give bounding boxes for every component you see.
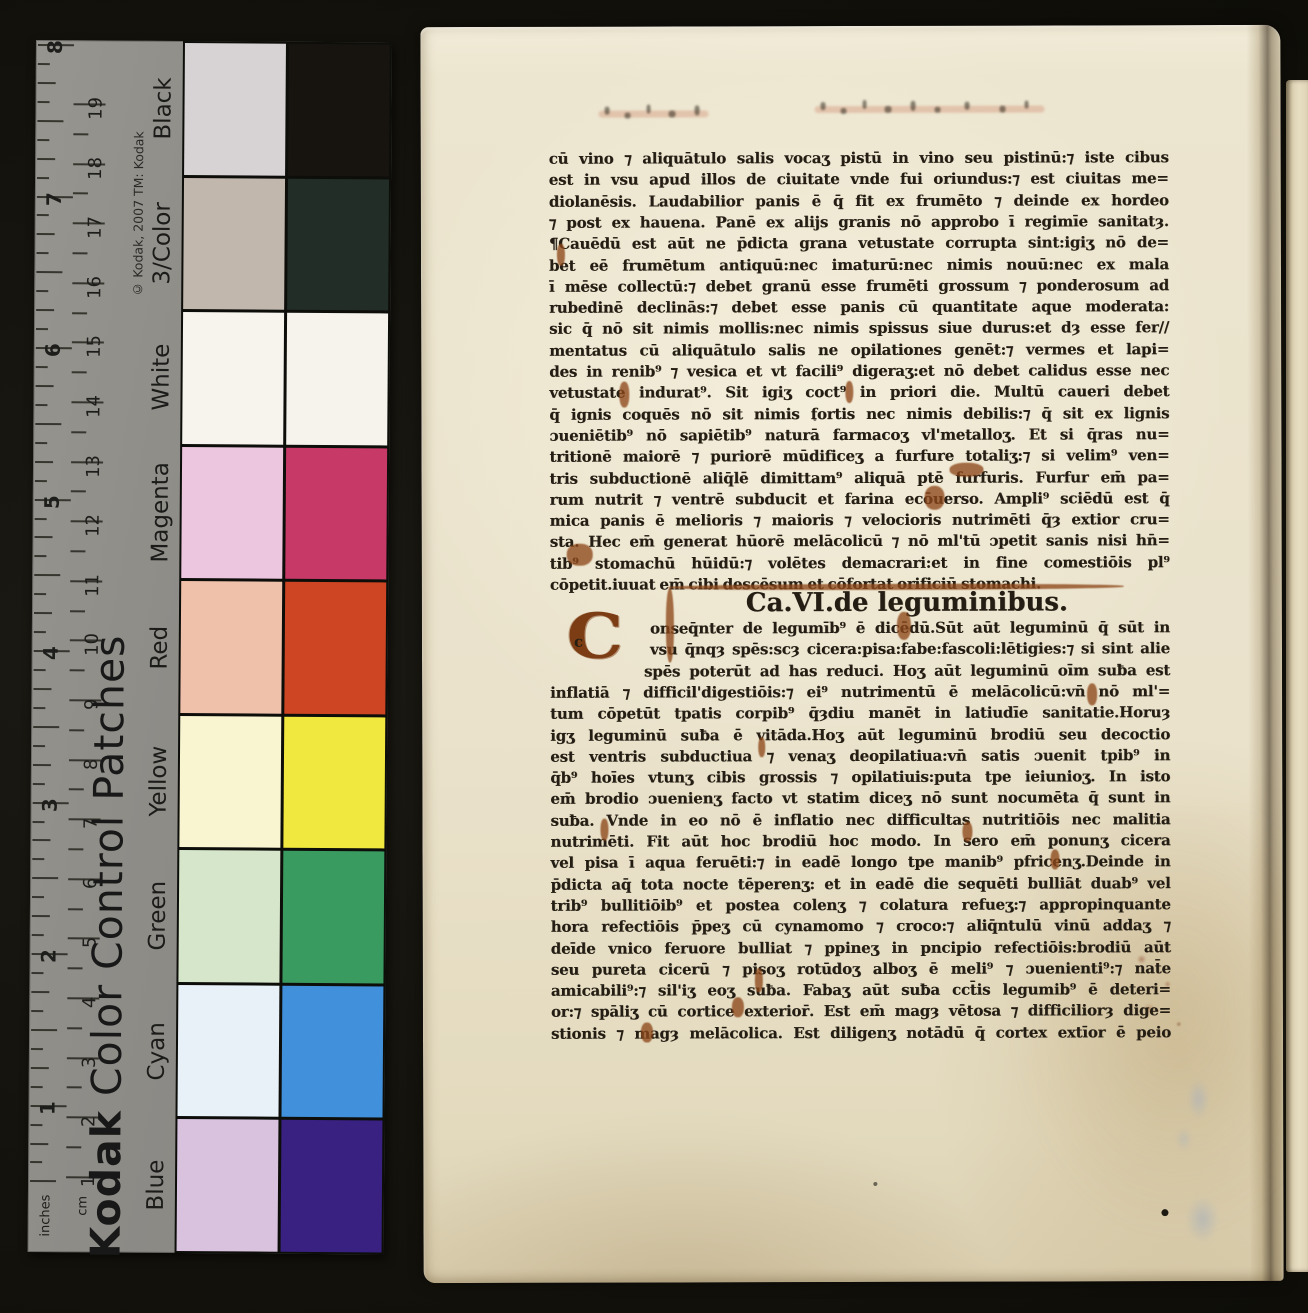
text-line: rum nutrit ⁊ ventrē subducit et farina e… bbox=[550, 488, 1170, 511]
ruler-tick bbox=[36, 290, 48, 292]
text-line: trib⁹ bullitiōib⁹ et postea colenʒ ⁊ col… bbox=[551, 894, 1171, 917]
ruler-tick bbox=[73, 193, 88, 195]
ruler-tick bbox=[38, 63, 50, 65]
text-line: ¶Cauēdū est aūt ne p̄dicta grana vetusta… bbox=[549, 232, 1169, 255]
inch-number: 8 bbox=[46, 34, 64, 60]
patch-swatch-light-red bbox=[180, 581, 282, 713]
ruler-tick bbox=[35, 536, 53, 538]
ruler-tick bbox=[70, 610, 85, 612]
ruler-tick bbox=[38, 101, 50, 103]
ruler-tick bbox=[36, 309, 54, 311]
ruler-tick bbox=[33, 764, 51, 766]
text-line: ī mēse collectū:⁊ debet granū esse frumē… bbox=[549, 275, 1169, 298]
patch-swatch-dark-white bbox=[286, 313, 388, 445]
patch-label-yellow: Yellow bbox=[140, 714, 177, 849]
patch-swatch-light-magenta bbox=[181, 447, 283, 579]
patch-label-cyan: Cyan bbox=[138, 983, 175, 1118]
photo-background: 8765432119181716151413121110987654321inc… bbox=[0, 0, 1308, 1313]
ruler-tick bbox=[31, 1086, 43, 1088]
text-line: vetustate indurat⁹. Sit igiʒ coct⁹ in pr… bbox=[549, 381, 1169, 404]
ruler-tick bbox=[36, 385, 54, 387]
text-line: sic q̄ nō sit nimis mollis:nec nimis spi… bbox=[549, 318, 1169, 341]
ruler-tick bbox=[35, 461, 53, 463]
inch-number: 7 bbox=[45, 186, 63, 212]
ruler-tick bbox=[37, 233, 55, 235]
ruler-tick bbox=[70, 550, 85, 552]
patch-label-red: Red bbox=[141, 579, 178, 714]
patch-swatch-light-yellow bbox=[179, 716, 281, 848]
inch-number: 1 bbox=[38, 1095, 56, 1121]
ruler-tick bbox=[32, 858, 44, 860]
text-line: tib⁹ stomachū hūidū:⁊ volētes demacrari:… bbox=[550, 552, 1170, 575]
patch-swatch-dark-magenta bbox=[285, 447, 387, 579]
initial-guide-letter: c bbox=[574, 633, 583, 651]
cm-number: 15 bbox=[86, 334, 104, 360]
ruler-tick bbox=[32, 896, 44, 898]
ruler-tick bbox=[34, 631, 46, 633]
patch-swatch-dark-black bbox=[288, 44, 390, 176]
ruler-tick bbox=[31, 972, 43, 974]
text-line: vel pisa ī aqua feruēti:⁊ in eadē longo … bbox=[551, 851, 1171, 874]
ruler-tick bbox=[33, 783, 45, 785]
ruler-tick bbox=[36, 271, 62, 273]
patch-swatch-dark-3-color bbox=[287, 178, 389, 310]
ruler-tick bbox=[31, 1048, 43, 1050]
ruler-tick bbox=[73, 133, 88, 135]
inch-number: 3 bbox=[41, 792, 59, 818]
text-line: amicabili⁹:⁊ sil'iʒ eoʒ suƀa. Fabaʒ aūt … bbox=[551, 979, 1171, 1002]
ruler-tick bbox=[37, 252, 49, 254]
ruler-tick bbox=[31, 1010, 43, 1012]
patch-label-blue: Blue bbox=[138, 1118, 175, 1253]
ruler-tick bbox=[35, 480, 47, 482]
ruler-tick bbox=[34, 574, 60, 576]
text-line: ⁊ post ex hauena. Panē ex alijs granis n… bbox=[549, 211, 1169, 234]
text-line: hora refectiōis p̄peʒ cū cynamomo ⁊ croc… bbox=[551, 915, 1171, 938]
ruler-tick bbox=[35, 404, 47, 406]
rubric-mark bbox=[732, 997, 744, 1017]
cm-number: 14 bbox=[85, 393, 103, 419]
text-line: est ventris subductiua ⁊ venaʒ deopilati… bbox=[550, 745, 1170, 768]
patch-grid bbox=[175, 41, 392, 1254]
ruler-tick bbox=[32, 839, 50, 841]
ruler-tick bbox=[36, 328, 48, 330]
cm-number: 11 bbox=[84, 572, 102, 598]
patch-swatch-dark-green bbox=[282, 851, 384, 983]
text-line: inflatiā ⁊ difficil'digestiōis:⁊ ei⁹ nut… bbox=[550, 681, 1170, 704]
text-line: igʒ leguminū suƀa ē vitāda.Hoʒ aūt legum… bbox=[550, 724, 1170, 747]
patch-swatch-light-blue bbox=[177, 1119, 279, 1251]
text-line: q̄b⁹ hoīes vtunʒ cibis grossis ⁊ opilati… bbox=[550, 766, 1170, 789]
ruler-tick bbox=[31, 1067, 49, 1069]
cm-number: 12 bbox=[85, 513, 103, 539]
ruler-tick bbox=[37, 177, 49, 179]
rubric-mark bbox=[949, 463, 983, 477]
text-line: nutrimēti. Fit aūt hoc brodiū hoc modo. … bbox=[550, 830, 1170, 853]
ruler-tick bbox=[35, 518, 47, 520]
patch-label-green: Green bbox=[139, 849, 176, 984]
cm-number: 16 bbox=[86, 274, 104, 300]
cm-number: 18 bbox=[87, 155, 105, 181]
ruler-tick bbox=[33, 726, 59, 728]
rubric-mark bbox=[897, 612, 911, 640]
rubric-mark bbox=[925, 486, 945, 510]
second-leaf-edge bbox=[1286, 80, 1308, 1272]
ruler-tick bbox=[33, 707, 45, 709]
patch-swatch-light-black bbox=[184, 43, 286, 175]
text-line: or:⁊ spāliʒ cū cortice exterior̄. Est em… bbox=[551, 1001, 1171, 1024]
rubric-mark bbox=[1051, 849, 1060, 869]
inch-number: 6 bbox=[44, 337, 62, 363]
text-line: em̄ brodio ɔuenienʒ facto vt statim dice… bbox=[550, 788, 1170, 811]
text-line: seu pureta cicerū ⁊ pisoʒ rotūdoʒ alboʒ … bbox=[551, 958, 1171, 981]
rubric-mark bbox=[758, 737, 765, 757]
patch-label-3-color: 3/Color bbox=[144, 175, 181, 310]
text-line: p̄dicta aq̄ tota nocte tēperenʒ: et in e… bbox=[551, 873, 1171, 896]
ruler-tick bbox=[34, 555, 46, 557]
text-line: tritionē maiorē ⁊ puriorē mūdificeʒ a fu… bbox=[549, 445, 1169, 468]
rubric-mark bbox=[962, 822, 972, 842]
text-line: tum cōpetūt tpatis corpib⁹ q̄ȝdiu manēt … bbox=[550, 702, 1170, 725]
text-line: vsu q̄nqȝ spēs:scȝ cicera:pisa:fabe:fasc… bbox=[650, 638, 1170, 660]
inch-number: 4 bbox=[42, 640, 60, 666]
patch-swatch-dark-blue bbox=[281, 1120, 383, 1252]
ruler-tick bbox=[71, 491, 86, 493]
text-line: rubedinē declinās:⁊ debet esse panis cū … bbox=[549, 296, 1169, 319]
ruler-tick bbox=[32, 877, 58, 879]
brand-kodak: Kodak bbox=[81, 1110, 130, 1259]
text-line: deīde vnico feruore bulliat ⁊ ppineʒ in … bbox=[551, 937, 1171, 960]
ruler-tick bbox=[35, 423, 61, 425]
text-line: suƀa. Vnde in eo nō ē inflatio nec diffi… bbox=[550, 809, 1170, 832]
rubric-mark bbox=[619, 382, 629, 408]
text-line: bet eē frumētum antiquū:nec imaturū:nec … bbox=[549, 254, 1169, 277]
patch-swatch-light-cyan bbox=[177, 985, 279, 1117]
cm-number: 13 bbox=[85, 453, 103, 479]
ruler-tick bbox=[31, 1029, 57, 1031]
inches-label: inches bbox=[38, 1186, 53, 1246]
text-line: tris subductionē aliq̄lē dimittam⁹ aliqu… bbox=[550, 467, 1170, 490]
ruler-tick bbox=[33, 745, 45, 747]
text-line: mentatus cū aliquātulo salis ne opilatio… bbox=[549, 339, 1169, 362]
text-line: cū vino ⁊ aliquātulo salis vocaʒ pistū i… bbox=[549, 147, 1169, 170]
inch-number: 2 bbox=[40, 943, 58, 969]
ruler-tick bbox=[30, 1143, 48, 1145]
rubric-mark bbox=[845, 381, 853, 403]
patch-label-white: White bbox=[143, 310, 180, 445]
ruler-tick bbox=[38, 82, 56, 84]
rubric-mark bbox=[755, 968, 763, 992]
ruler-tick bbox=[72, 371, 87, 373]
text-line: est in vsu apud illos de ciuitate vnde f… bbox=[549, 168, 1169, 191]
page-text-block: cū vino ⁊ aliquātulo salis vocaʒ pistū i… bbox=[420, 25, 1283, 1283]
ruler-tick bbox=[30, 1180, 56, 1182]
patch-swatch-dark-red bbox=[284, 582, 386, 714]
ruler-tick bbox=[35, 442, 47, 444]
ruler-tick bbox=[73, 252, 88, 254]
brand-text: Kodak Color Control Patches bbox=[77, 618, 137, 1258]
rubric-mark bbox=[600, 819, 608, 841]
cm-number: 19 bbox=[87, 95, 105, 121]
ruler-tick bbox=[30, 1161, 42, 1163]
text-line: spēs poterūt ad has reduci. Hoʒ aūt legu… bbox=[644, 660, 1170, 682]
text-line: diolanēsis. Laudabilior panis ē q̄ fit e… bbox=[549, 190, 1169, 213]
ruler-tick bbox=[71, 431, 86, 433]
inch-number: 5 bbox=[43, 489, 61, 515]
ruler-tick bbox=[34, 669, 46, 671]
patch-label-black: Black bbox=[145, 41, 182, 176]
ruler-tick bbox=[32, 934, 44, 936]
rubric-mark bbox=[567, 544, 593, 566]
patch-swatch-dark-yellow bbox=[283, 717, 385, 849]
brand-rest: Color Control Patches bbox=[83, 634, 134, 1110]
decorated-initial: C bbox=[552, 607, 637, 673]
text-line: ɔueniētib⁹ nō sapiētib⁹ naturā farmacoʒ … bbox=[549, 424, 1169, 447]
text-line: sta. Hec em̄ generat hūorē melācolicū ⁊ … bbox=[550, 531, 1170, 554]
ruler-tick bbox=[37, 158, 55, 160]
patch-swatch-dark-cyan bbox=[281, 986, 383, 1118]
book-page: cū vino ⁊ aliquātulo salis vocaʒ pistū i… bbox=[420, 25, 1283, 1283]
rubric-mark bbox=[1087, 683, 1097, 705]
cm-number: 17 bbox=[87, 215, 105, 241]
ruler-tick bbox=[37, 120, 63, 122]
ruler-tick bbox=[34, 593, 46, 595]
ruler-tick bbox=[31, 991, 49, 993]
rubric-mark bbox=[641, 1023, 653, 1043]
ruler-tick bbox=[34, 612, 52, 614]
patch-swatch-light-3-color bbox=[183, 178, 285, 310]
color-card: 8765432119181716151413121110987654321inc… bbox=[28, 40, 392, 1254]
patch-swatch-light-white bbox=[182, 312, 284, 444]
ruler-tick bbox=[32, 915, 50, 917]
ruler-tick bbox=[37, 214, 49, 216]
rubric-mark bbox=[557, 244, 565, 266]
text-line: des in renib⁹ ⁊ vesica et vt facili⁹ dig… bbox=[549, 360, 1169, 383]
ruler-tick bbox=[36, 366, 48, 368]
text-line: q̄ ignis coquēs nō sit nimis fortis nec … bbox=[549, 403, 1169, 426]
ruler-tick bbox=[30, 1124, 42, 1126]
patch-label-magenta: Magenta bbox=[142, 445, 179, 580]
text-line: mica panis ē melioris ⁊ maioris ⁊ veloci… bbox=[550, 509, 1170, 532]
ruler-tick bbox=[72, 312, 87, 314]
patch-swatch-light-green bbox=[178, 850, 280, 982]
rubric-mark bbox=[666, 588, 674, 662]
ruler-tick bbox=[37, 139, 49, 141]
ruler-tick bbox=[33, 688, 51, 690]
ruler-tick bbox=[33, 821, 45, 823]
